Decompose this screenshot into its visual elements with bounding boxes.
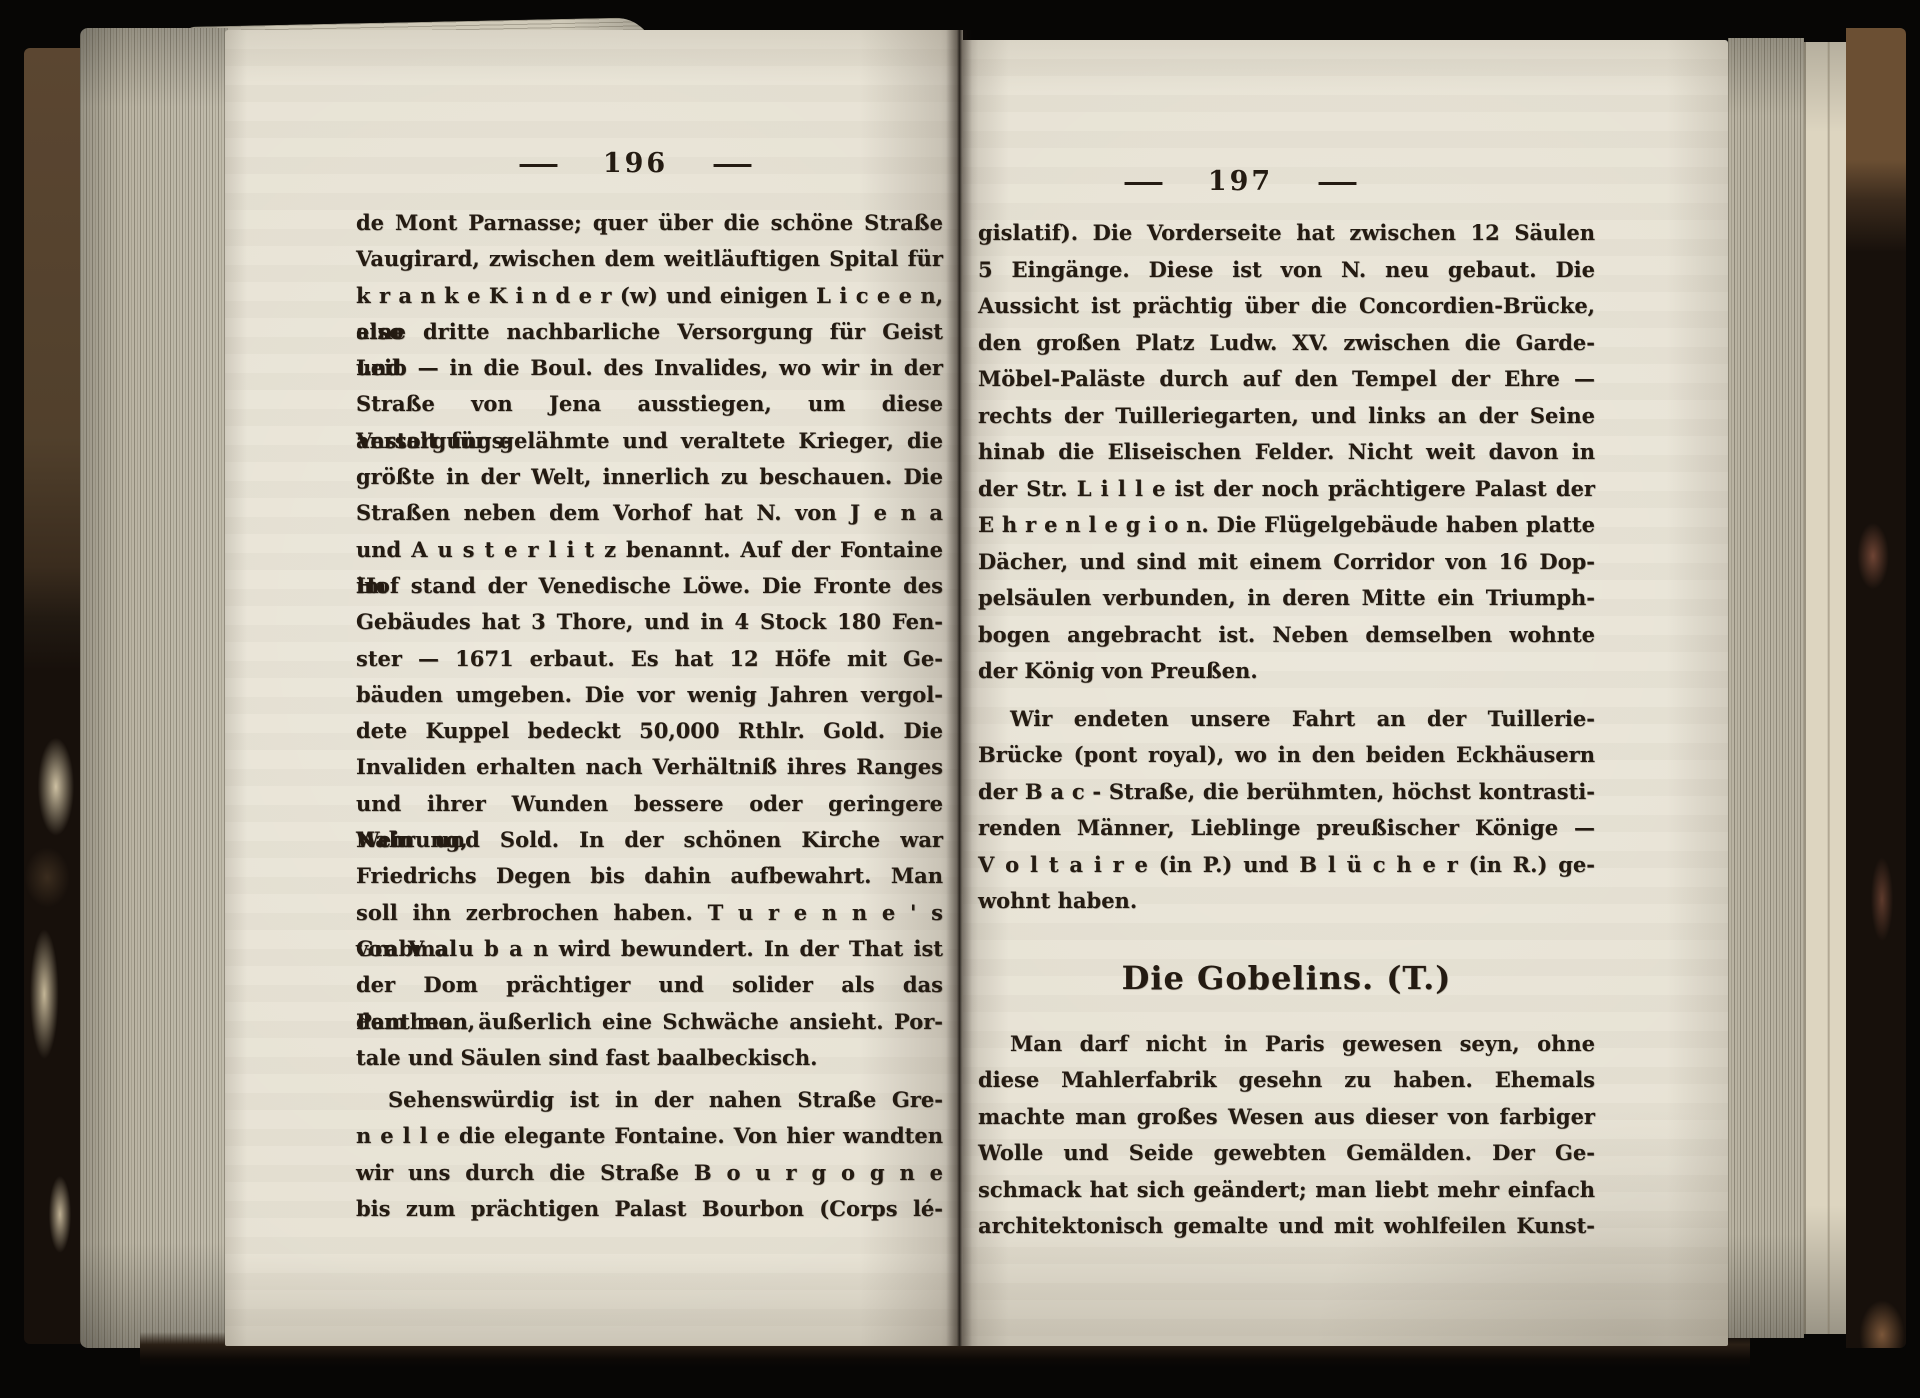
text-line: der B a c - Straße, die berühmten, höchs…: [978, 774, 1595, 811]
text-line: und A u s t e r l i t z benannt. Auf der…: [356, 532, 943, 568]
text-line: gislatif). Die Vorderseite hat zwischen …: [978, 215, 1595, 252]
text-line: Man darf nicht in Paris gewesen seyn, oh…: [978, 1026, 1595, 1063]
left-book-cover: [24, 48, 82, 1344]
text-line: Hof stand der Venedische Löwe. Die Front…: [356, 568, 943, 604]
text-line: wir uns durch die Straße B o u r g o g n…: [356, 1155, 943, 1191]
header-dash: —: [517, 149, 560, 178]
text-line: bogen angebracht ist. Neben demselben wo…: [978, 617, 1595, 654]
text-line: Gebäudes hat 3 Thore, und in 4 Stock 180…: [356, 604, 943, 640]
text-line: renden Männer, Lieblinge preußischer Kön…: [978, 810, 1595, 847]
section-heading: Die Gobelins. (T.): [978, 956, 1595, 1000]
text-line: diese Mahlerfabrik gesehn zu haben. Ehem…: [978, 1062, 1595, 1099]
text-line: dem man äußerlich eine Schwäche ansieht.…: [356, 1004, 943, 1040]
text-line: größte in der Welt, innerlich zu beschau…: [356, 459, 943, 495]
text-line: schmack hat sich geändert; man liebt meh…: [978, 1172, 1595, 1209]
text-line: Vaugirard, zwischen dem weitläuftigen Sp…: [356, 241, 943, 277]
text-line: de Mont Parnasse; quer über die schöne S…: [356, 205, 943, 241]
text-line: architektonisch gemalte und mit wohlfeil…: [978, 1208, 1595, 1245]
text-line: dete Kuppel bedeckt 50,000 Rthlr. Gold. …: [356, 713, 943, 749]
paragraph: Sehenswürdig ist in der nahen Straße Gre…: [356, 1082, 943, 1227]
header-dash: —: [711, 149, 754, 178]
paragraph: gislatif). Die Vorderseite hat zwischen …: [978, 215, 1595, 690]
left-page-text-column: de Mont Parnasse; quer über die schöne S…: [356, 205, 943, 1227]
text-line: Friedrichs Degen bis dahin aufbewahrt. M…: [356, 858, 943, 894]
text-line: Straßen neben dem Vorhof hat N. von J e …: [356, 495, 943, 531]
text-line: Wir endeten unsere Fahrt an der Tuilleri…: [978, 701, 1595, 738]
paragraph: Wir endeten unsere Fahrt an der Tuilleri…: [978, 701, 1595, 920]
text-line: den großen Platz Ludw. XV. zwischen die …: [978, 325, 1595, 362]
text-line: machte man großes Wesen aus dieser von f…: [978, 1099, 1595, 1136]
header-dash: —: [1316, 167, 1359, 196]
left-page-header: — 196 —: [342, 148, 929, 179]
text-line: Aussicht ist prächtig über die Concordie…: [978, 288, 1595, 325]
right-book-cover: [1846, 28, 1906, 1348]
text-line: Möbel-Paläste durch auf den Tempel der E…: [978, 361, 1595, 398]
text-line: rechts der Tuilleriegarten, und links an…: [978, 398, 1595, 435]
text-line: und ihrer Wunden bessere oder geringere …: [356, 786, 943, 822]
text-line: pelsäulen verbunden, in deren Mitte ein …: [978, 580, 1595, 617]
text-line: der Str. L i l l e ist der noch prächtig…: [978, 471, 1595, 508]
text-line: Sehenswürdig ist in der nahen Straße Gre…: [356, 1082, 943, 1118]
text-line: n e l l e die elegante Fontaine. Von hie…: [356, 1118, 943, 1154]
text-line: anstalt für gelähmte und veraltete Krieg…: [356, 423, 943, 459]
text-line: tale und Säulen sind fast baalbeckisch.: [356, 1040, 943, 1076]
right-page-number: 197: [1208, 166, 1273, 197]
right-page-header: — 197 —: [932, 166, 1549, 197]
left-page-number: 196: [603, 148, 668, 179]
text-line: ster — 1671 erbaut. Es hat 12 Höfe mit G…: [356, 641, 943, 677]
text-line: k r a n k e K i n d e r (w) und einigen …: [356, 278, 943, 314]
text-line: der König von Preußen.: [978, 653, 1595, 690]
text-line: E h r e n l e g i o n. Die Flügelgebäude…: [978, 507, 1595, 544]
right-page-fore-edge: [1728, 38, 1804, 1338]
text-line: Wein und Sold. In der schönen Kirche war: [356, 822, 943, 858]
paragraph: de Mont Parnasse; quer über die schöne S…: [356, 205, 943, 1076]
text-line: V o l t a i r e (in P.) und B l ü c h e …: [978, 847, 1595, 884]
right-page-text-column: gislatif). Die Vorderseite hat zwischen …: [978, 215, 1595, 1245]
paragraph: Man darf nicht in Paris gewesen seyn, oh…: [978, 1026, 1595, 1245]
text-line: von V a u b a n wird bewundert. In der T…: [356, 931, 943, 967]
left-page: — 196 — de Mont Parnasse; quer über die …: [225, 30, 963, 1346]
text-line: der Dom prächtiger und solider als das P…: [356, 967, 943, 1003]
text-line: bis zum prächtigen Palast Bourbon (Corps…: [356, 1191, 943, 1227]
ink-speck: [601, 222, 606, 226]
text-line: Brücke (pont royal), wo in den beiden Ec…: [978, 737, 1595, 774]
header-dash: —: [1122, 167, 1165, 196]
text-line: Wolle und Seide gewebten Gemälden. Der G…: [978, 1135, 1595, 1172]
text-line: eine dritte nachbarliche Versorgung für …: [356, 314, 943, 350]
right-endpaper-edge: [1804, 42, 1846, 1334]
right-page: — 197 — gislatif). Die Vorderseite hat z…: [963, 40, 1728, 1346]
text-line: hinab die Eliseischen Felder. Nicht weit…: [978, 434, 1595, 471]
book-gutter-shadow: [946, 30, 972, 1346]
text-line: Leib — in die Boul. des Invalides, wo wi…: [356, 350, 943, 386]
text-line: Dächer, und sind mit einem Corridor von …: [978, 544, 1595, 581]
photo-background: { "photo": { "colors": { "bg": "#070605"…: [0, 0, 1920, 1398]
text-line: 5 Eingänge. Diese ist von N. neu gebaut.…: [978, 252, 1595, 289]
left-page-fore-edge: [80, 28, 228, 1348]
book-photograph: — 196 — de Mont Parnasse; quer über die …: [0, 0, 1920, 1398]
text-line: Invaliden erhalten nach Verhältniß ihres…: [356, 749, 943, 785]
text-line: Straße von Jena ausstiegen, um diese Ver…: [356, 386, 943, 422]
text-line: bäuden umgeben. Die vor wenig Jahren ver…: [356, 677, 943, 713]
text-line: soll ihn zerbrochen haben. T u r e n n e…: [356, 895, 943, 931]
text-line: wohnt haben.: [978, 883, 1595, 920]
